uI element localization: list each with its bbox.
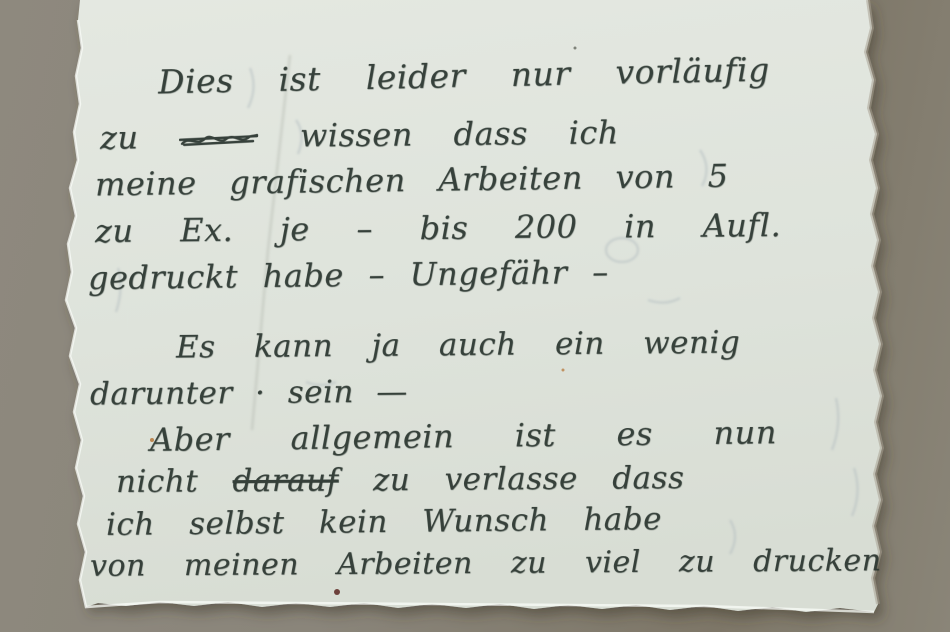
ink-speck — [574, 47, 577, 50]
ink-speck — [150, 438, 154, 442]
ink-speck — [562, 369, 565, 372]
paper-sheet-svg — [0, 0, 950, 632]
ink-speck — [334, 589, 340, 595]
photograph: Dies ist leider nur vorläufigzu wissen d… — [0, 0, 950, 632]
paper-sheet — [66, 0, 882, 612]
